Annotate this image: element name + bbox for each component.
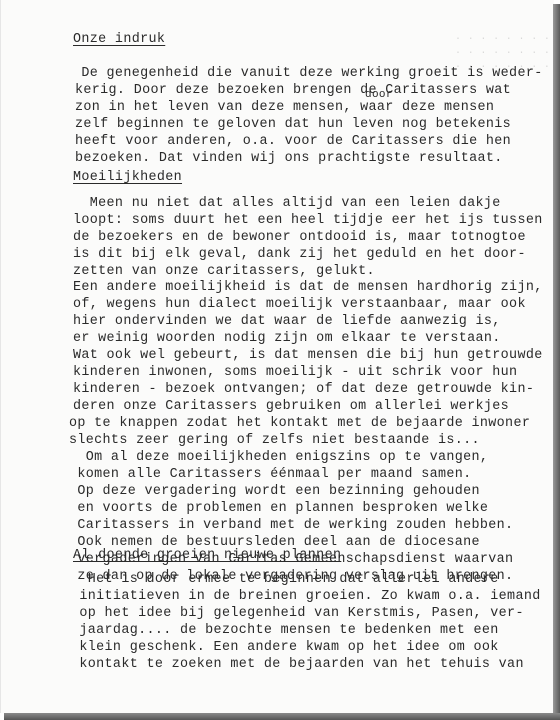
- paragraph-line: De genegenheid die vanuit deze werking g…: [73, 66, 543, 81]
- paragraph-line: is dit bij elk geval, dank zij het gedul…: [73, 247, 526, 262]
- paragraph-line: zetten van onze caritassers, gelukt.: [73, 264, 375, 279]
- paragraph-line: loopt: soms duurt het een heel tijdje ee…: [73, 213, 543, 228]
- paragraph-line: Om al deze moeilijkheden enigszins op te…: [69, 450, 488, 465]
- paragraph-line: Een andere moeilijkheid is dat de mensen…: [73, 280, 543, 295]
- paragraph-line: de bezoekers en de bewoner ontdooid is, …: [73, 230, 526, 245]
- page-shadow-right: [553, 4, 560, 720]
- paragraph-line: Meen nu niet dat alles altijd van een le…: [73, 196, 501, 211]
- paragraph-line: hier ondervinden we dat waar de liefde a…: [73, 314, 501, 329]
- paragraph-line: of, wegens hun dialect moeilijk verstaan…: [73, 297, 526, 312]
- paragraph-line: Caritassers in verband met de werking zo…: [69, 518, 513, 533]
- paragraph-line: op te knappen zodat het kontakt met de b…: [69, 416, 530, 431]
- bleed-through-text: . . . . . . . .: [455, 32, 545, 43]
- heading-al-doende: Al doende groeien nieuwe plannen: [73, 548, 341, 563]
- bleed-through-text: . . . . . . . .: [455, 46, 545, 57]
- typewritten-text: . . . . . . . . . . . . . . . . . . . . …: [0, 0, 553, 713]
- handwritten-insertion: door: [365, 90, 393, 101]
- paragraph-line: zelf beginnen te geloven dat hun leven n…: [75, 117, 511, 132]
- page-shadow-bottom: [4, 713, 560, 720]
- heading-onze-indruk: Onze indruk: [73, 32, 165, 47]
- paragraph-line: er weinig woorden nodig zijn om elkaar t…: [73, 331, 501, 346]
- paragraph-line: deren onze Caritassers gebruiken om alle…: [73, 399, 509, 414]
- paragraph-line: bezoeken. Dat vinden wij ons prachtigste…: [75, 151, 503, 166]
- paragraph-line: jaardag.... de bezochte mensen te bedenk…: [71, 623, 499, 638]
- paragraph-line: initiatieven in de breinen groeien. Zo k…: [71, 589, 541, 604]
- paragraph-line: kinderen - bezoek ontvangen; of dat deze…: [73, 382, 534, 397]
- paragraph-line: op het idee bij gelegenheid van Kerstmis…: [71, 606, 524, 621]
- paragraph-line: kerig. Door deze bezoeken brengen de Car…: [75, 83, 511, 98]
- paragraph-line: Op deze vergadering wordt een bezinning …: [69, 484, 480, 499]
- paragraph-line: komen alle Caritassers éénmaal per maand…: [69, 467, 472, 482]
- paragraph-line: kinderen inwonen, soms moeilijk - uit sc…: [73, 365, 517, 380]
- paragraph-line: en voorts de problemen en plannen bespro…: [69, 501, 488, 516]
- paragraph-line: heeft voor anderen, o.a. voor de Caritas…: [75, 134, 511, 149]
- paragraph-line: zon in het leven van deze mensen, waar d…: [75, 100, 494, 115]
- paragraph-line: Wat ook wel gebeurt, is dat mensen die b…: [73, 348, 543, 363]
- heading-moeilijkheden: Moeilijkheden: [73, 170, 182, 185]
- paragraph-line: klein geschenk. Een andere kwam op het i…: [71, 640, 499, 655]
- paragraph-line: kontakt te zoeken met de bejaarden van h…: [71, 657, 524, 672]
- paragraph-line: slechts zeer gering of zelfs niet bestaa…: [69, 433, 480, 448]
- paragraph-line: Het is door ermee te beginnen dat allerl…: [71, 572, 499, 587]
